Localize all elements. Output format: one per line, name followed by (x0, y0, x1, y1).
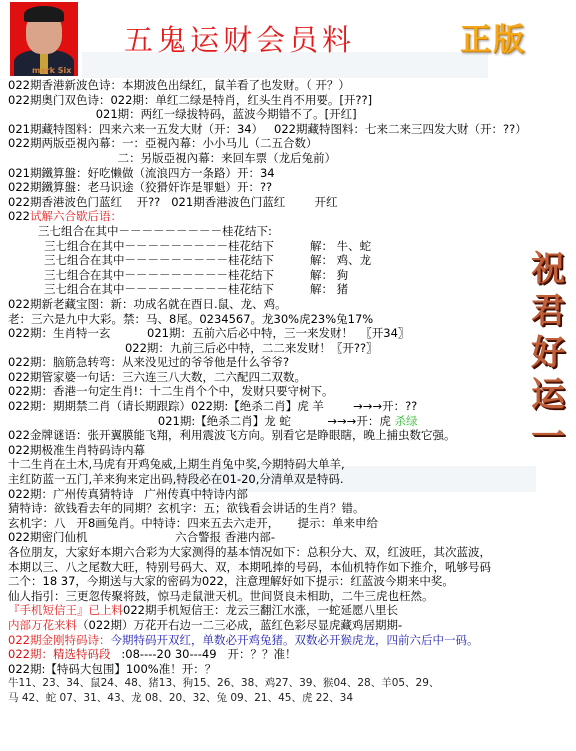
text-line: 二：另版亞視內幕：来回车票（龙后兔前） (8, 151, 528, 166)
jingang-line: 022期金刚特码诗：今期特码开双红，单数必开鸡兔猪。双数必开猴虎龙，四前六后中一… (8, 633, 528, 648)
text-line: 各位朋友，大家好本期六合彩为大家测得的基本情况如下：总积分大、双，红波旺，其次蓝… (8, 545, 528, 560)
numbers-line: 马 42、蛇 07、31、43、龙 08、20、32、兔 09、21、45、虎 … (8, 691, 528, 706)
banner-char: 祝 (528, 248, 568, 290)
text-line: 022期香港新波色诗：本期波色出绿红，鼠羊看了也发财。（ 开？） (8, 78, 528, 93)
jingang-poem: 今期特码开双红，单数必开鸡兔猪。双数必开猴虎龙，四前六后中一码。 (110, 633, 478, 647)
text-line: 021期藏特图料：四来六来一五发大财（开：34） 022期藏特图料：七来二来三四… (8, 122, 528, 137)
numbers-line: 牛11、23、34、鼠24、48、猪13、狗15、26、38、鸡27、39、猴0… (8, 676, 528, 691)
riddle-heading: 022试解六合歇后语： (8, 209, 528, 224)
jingang-label: 022期金刚特码诗： (8, 633, 110, 647)
text-line: 猜特诗：欲钱看去年的同期？玄机字：五；欲钱看会讲话的生肖？错。 (8, 501, 528, 516)
text-line: 022期新老藏宝图：新：功成名就在酉日.鼠、龙、鸡。 (8, 297, 528, 312)
text-line: 022期管家婆一句话：三六连三八大数，二六配四二双数。 (8, 370, 528, 385)
text-line: 022期鐵算盤：老马识途（狡猾奸诈是罪魁）开：?? (8, 180, 528, 195)
riddle-prefix: 022 (8, 209, 30, 223)
text-line: 022期：期期禁二肖（请长期跟踪）022期:【绝杀二肖】虎 羊 →→→开：?? (8, 399, 528, 414)
text-line: 022期奥门双色诗：022期：单红二绿是特肖，红头生肖不用要。[开??] (8, 93, 528, 108)
riddle-title: 试解六合歇后语： (30, 209, 122, 223)
sms-label: 『手机短信王』已上料 (8, 603, 123, 617)
page-title: 五鬼运财会员料 (124, 18, 355, 59)
banner-char: 君 (528, 290, 568, 332)
text-line: 老：三六是九中大彩。禁：马、8尾。0234567。龙30%虎23%兔17% (8, 312, 528, 327)
good-luck-banner: 祝 君 好 运 一 (528, 248, 568, 458)
portrait-image: mark Six (10, 2, 78, 76)
text-line: 022期：广州传真猜特诗 广州传真中特诗内部 (8, 487, 528, 502)
text-line: 本期以三、八之尾数大旺，特别号码大、双，本期吼捧的号码，本仙机特作如下推介，吼够… (8, 560, 528, 575)
banner-char: 好 (528, 332, 568, 374)
text-line: 021期鐵算盤：好吃懒做（流浪四方一条路）开：34 (8, 166, 528, 181)
wanhua-label: 内部万花来料 (8, 618, 77, 632)
riddle-row: 三七组合在其中－－－－－－－－－桂花结下解： 狗 (8, 268, 528, 283)
text-line: 022期极准生肖特码诗内幕 (8, 443, 528, 458)
kill-line: 021期:【绝杀二肖】龙 蛇 →→→开：虎 杀绿 (8, 414, 528, 429)
portrait-brand: mark Six (32, 66, 71, 75)
text-line: 022期：香港一句定生肖!：十二生肖个个中，发财只要守树下。 (8, 384, 528, 399)
riddle-header-line: 三七组合在其中－－－－－－－－－桂花结下: (8, 224, 528, 239)
genuine-badge: 正版 (460, 14, 526, 59)
portrait-hair (24, 6, 64, 22)
text-line: 玄机字：八 开8画兔肖。中特诗：四来五去六走开， 提示：单来申给 (8, 516, 528, 531)
content: 022期香港新波色诗：本期波色出绿红，鼠羊看了也发财。（ 开？） 022期奥门双… (8, 78, 528, 706)
riddle-row: 三七组合在其中－－－－－－－－－桂花结下解： 牛、蛇 (8, 239, 528, 254)
text-line: 022期两版亞視內幕：一：亞視內幕：小小马儿（二五合数） (8, 136, 528, 151)
baowei-line: 022期:【特码大包围】100%准！开：？ (8, 662, 528, 677)
riddle-row: 三七组合在其中－－－－－－－－－桂花结下解： 猪 (8, 282, 528, 297)
text-line: 022金牌谜语：张开翼膜能飞翔，利用震波飞方向。别看它是睁眼瞎，晚上捕虫数它强。 (8, 428, 528, 443)
text-line: 十二生肖在土木,马虎有开鸡兔威,上期生肖兔中奖,今期特码大单羊, (8, 457, 528, 472)
text-line: 022期：九前三后必中特，二二来发财！〖开??〗 (8, 341, 528, 356)
kill-result: 杀绿 (394, 414, 417, 428)
banner-char: 运 (528, 374, 568, 416)
segment-label: 022期：精选特码段 (8, 647, 110, 661)
text-line: 仙人指引：三更忽传聚将鼓，惊马走鼠泄天机。世间贤良未相助，二牛三虎也枉然。 (8, 589, 528, 604)
text-line: 022期：脑筋急转弯：从来没见过的爷爷他是什么爷爷? (8, 355, 528, 370)
wanhua-line: 内部万花来料（022期）万花开右边一二三必成，蓝红色彩尽显虎藏鸡居期期- (8, 618, 528, 633)
text-line: 022期密门仙机 六合警报 香港内部- (8, 530, 528, 545)
sms-line: 『手机短信王』已上料022期手机短信王：龙云三翻江水涨，一蛇延愿八里长 (8, 603, 528, 618)
text-line: 主红防蓝一五门,羊来狗来定出码,特段必在01-20,分清单双是特码. (8, 472, 528, 487)
segment-line: 022期：精选特码段 :08----20 30---49 开：？？准！ (8, 647, 528, 662)
header: mark Six 五鬼运财会员料 正版 (0, 0, 576, 80)
text-line: 二个：18 37，今期送与大家的密码为022，注意理解好如下提示：红蓝波今期来中… (8, 574, 528, 589)
banner-char: 一 (528, 416, 568, 458)
text-line: 022期：生肖特一玄 021期：五前六后必中特，三一来发财！ 〖开34〗 (8, 326, 528, 341)
text-line: 022期香港波色门蓝红 开?? 021期香港波色门蓝红 开红 (8, 195, 528, 210)
riddle-row: 三七组合在其中－－－－－－－－－桂花结下解： 鸡、龙 (8, 253, 528, 268)
text-line: 021期：两红一绿拔特码，蓝波今期错不了。[开红] (8, 107, 528, 122)
